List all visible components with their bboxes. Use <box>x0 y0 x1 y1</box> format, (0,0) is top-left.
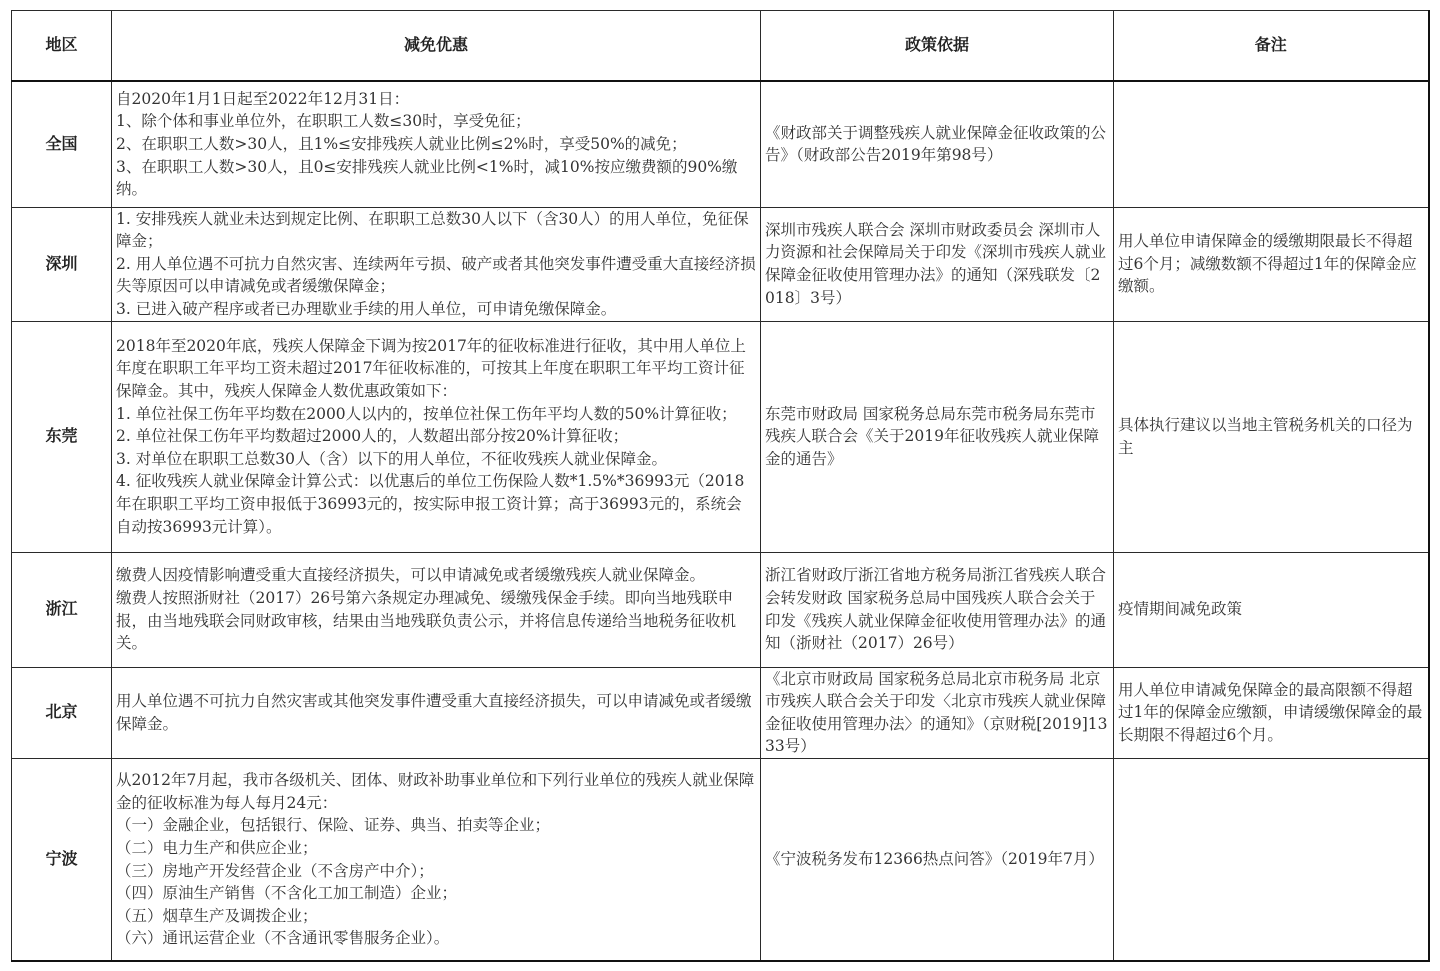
benefit-cell: 2018年至2020年底，残疾人保障金下调为按2017年的征收标准进行征收，其中… <box>112 321 761 552</box>
table-row: 全国 自2020年1月1日起至2022年12月31日： 1、除个体和事业单位外，… <box>12 81 1429 207</box>
header-region: 地区 <box>12 11 112 82</box>
basis-cell: 《宁波税务发布12366热点问答》（2019年7月） <box>761 758 1114 961</box>
basis-cell: 深圳市残疾人联合会 深圳市财政委员会 深圳市人力资源和社会保障局关于印发《深圳市… <box>761 207 1114 321</box>
benefit-cell: 自2020年1月1日起至2022年12月31日： 1、除个体和事业单位外，在职职… <box>112 81 761 207</box>
region-cell: 东莞 <box>12 321 112 552</box>
benefit-line: 3、在职职工人数>30人，且0≤安排残疾人就业比例<1%时，减10%按应缴费额的… <box>116 156 756 201</box>
benefit-line: 4. 征收残疾人就业保障金计算公式：以优惠后的单位工伤保险人数*1.5%*369… <box>116 470 756 538</box>
benefit-line: （五）烟草生产及调拨企业； <box>116 905 756 928</box>
basis-cell: 浙江省财政厅浙江省地方税务局浙江省残疾人联合会转发财政 国家税务总局中国残疾人联… <box>761 552 1114 667</box>
table-row: 深圳 1. 安排残疾人就业未达到规定比例、在职职工总数30人以下（含30人）的用… <box>12 207 1429 321</box>
benefit-line: 用人单位遇不可抗力自然灾害或其他突发事件遭受重大直接经济损失，可以申请减免或者缓… <box>116 690 756 735</box>
benefit-line: （六）通讯运营企业（不含通讯零售服务企业）。 <box>116 927 756 950</box>
benefit-line: （一）金融企业，包括银行、保险、证券、典当、拍卖等企业； <box>116 814 756 837</box>
table-row: 北京 用人单位遇不可抗力自然灾害或其他突发事件遭受重大直接经济损失，可以申请减免… <box>12 667 1429 758</box>
table-row: 宁波 从2012年7月起，我市各级机关、团体、财政补助事业单位和下列行业单位的残… <box>12 758 1429 961</box>
benefit-line: （四）原油生产销售（不含化工加工制造）企业； <box>116 882 756 905</box>
benefit-line: 3. 对单位在职职工总数30人（含）以下的用人单位，不征收残疾人就业保障金。 <box>116 448 756 471</box>
note-cell <box>1114 81 1429 207</box>
header-note: 备注 <box>1114 11 1429 82</box>
basis-cell: 东莞市财政局 国家税务总局东莞市税务局东莞市残疾人联合会《关于2019年征收残疾… <box>761 321 1114 552</box>
benefit-line: 2018年至2020年底，残疾人保障金下调为按2017年的征收标准进行征收，其中… <box>116 335 756 403</box>
region-cell: 全国 <box>12 81 112 207</box>
note-cell: 用人单位申请保障金的缓缴期限最长不得超过6个月；减缴数额不得超过1年的保障金应缴… <box>1114 207 1429 321</box>
benefit-line: 3. 已进入破产程序或者已办理歇业手续的用人单位，可申请免缴保障金。 <box>116 298 756 321</box>
table-header-row: 地区 减免优惠 政策依据 备注 <box>12 11 1429 82</box>
benefit-line: 缴费人按照浙财社（2017）26号第六条规定办理减免、缓缴残保金手续。即向当地残… <box>116 587 756 655</box>
basis-cell: 《财政部关于调整残疾人就业保障金征收政策的公告》（财政部公告2019年第98号） <box>761 81 1114 207</box>
benefit-line: 从2012年7月起，我市各级机关、团体、财政补助事业单位和下列行业单位的残疾人就… <box>116 769 756 814</box>
region-cell: 深圳 <box>12 207 112 321</box>
region-cell: 宁波 <box>12 758 112 961</box>
basis-cell: 《北京市财政局 国家税务总局北京市税务局 北京市残疾人联合会关于印发〈北京市残疾… <box>761 667 1114 758</box>
benefit-cell: 从2012年7月起，我市各级机关、团体、财政补助事业单位和下列行业单位的残疾人就… <box>112 758 761 961</box>
region-cell: 北京 <box>12 667 112 758</box>
benefit-line: 1. 安排残疾人就业未达到规定比例、在职职工总数30人以下（含30人）的用人单位… <box>116 208 756 253</box>
note-cell: 用人单位申请减免保障金的最高限额不得超过1年的保障金应缴额，申请缓缴保障金的最长… <box>1114 667 1429 758</box>
benefit-line: （三）房地产开发经营企业（不含房产中介）； <box>116 860 756 883</box>
benefit-line: 缴费人因疫情影响遭受重大直接经济损失，可以申请减免或者缓缴残疾人就业保障金。 <box>116 564 756 587</box>
note-cell <box>1114 758 1429 961</box>
benefit-cell: 缴费人因疫情影响遭受重大直接经济损失，可以申请减免或者缓缴残疾人就业保障金。 缴… <box>112 552 761 667</box>
table-row: 浙江 缴费人因疫情影响遭受重大直接经济损失，可以申请减免或者缓缴残疾人就业保障金… <box>12 552 1429 667</box>
policy-table: 地区 减免优惠 政策依据 备注 全国 自2020年1月1日起至2022年12月3… <box>11 10 1430 962</box>
benefit-line: 自2020年1月1日起至2022年12月31日： <box>116 88 756 111</box>
benefit-line: 2. 用人单位遇不可抗力自然灾害、连续两年亏损、破产或者其他突发事件遭受重大直接… <box>116 253 756 298</box>
note-cell: 疫情期间减免政策 <box>1114 552 1429 667</box>
region-cell: 浙江 <box>12 552 112 667</box>
benefit-line: 2. 单位社保工伤年平均数超过2000人的，人数超出部分按20%计算征收； <box>116 425 756 448</box>
policy-document: 地区 减免优惠 政策依据 备注 全国 自2020年1月1日起至2022年12月3… <box>11 10 1428 958</box>
benefit-line: （二）电力生产和供应企业； <box>116 837 756 860</box>
table-row: 东莞 2018年至2020年底，残疾人保障金下调为按2017年的征收标准进行征收… <box>12 321 1429 552</box>
benefit-line: 1、除个体和事业单位外，在职职工人数≤30时，享受免征； <box>116 110 756 133</box>
benefit-cell: 1. 安排残疾人就业未达到规定比例、在职职工总数30人以下（含30人）的用人单位… <box>112 207 761 321</box>
benefit-cell: 用人单位遇不可抗力自然灾害或其他突发事件遭受重大直接经济损失，可以申请减免或者缓… <box>112 667 761 758</box>
header-basis: 政策依据 <box>761 11 1114 82</box>
header-benefit: 减免优惠 <box>112 11 761 82</box>
benefit-line: 1. 单位社保工伤年平均数在2000人以内的，按单位社保工伤年平均人数的50%计… <box>116 403 756 426</box>
note-cell: 具体执行建议以当地主管税务机关的口径为主 <box>1114 321 1429 552</box>
benefit-line: 2、在职职工人数>30人，且1%≤安排残疾人就业比例≤2%时，享受50%的减免； <box>116 133 756 156</box>
